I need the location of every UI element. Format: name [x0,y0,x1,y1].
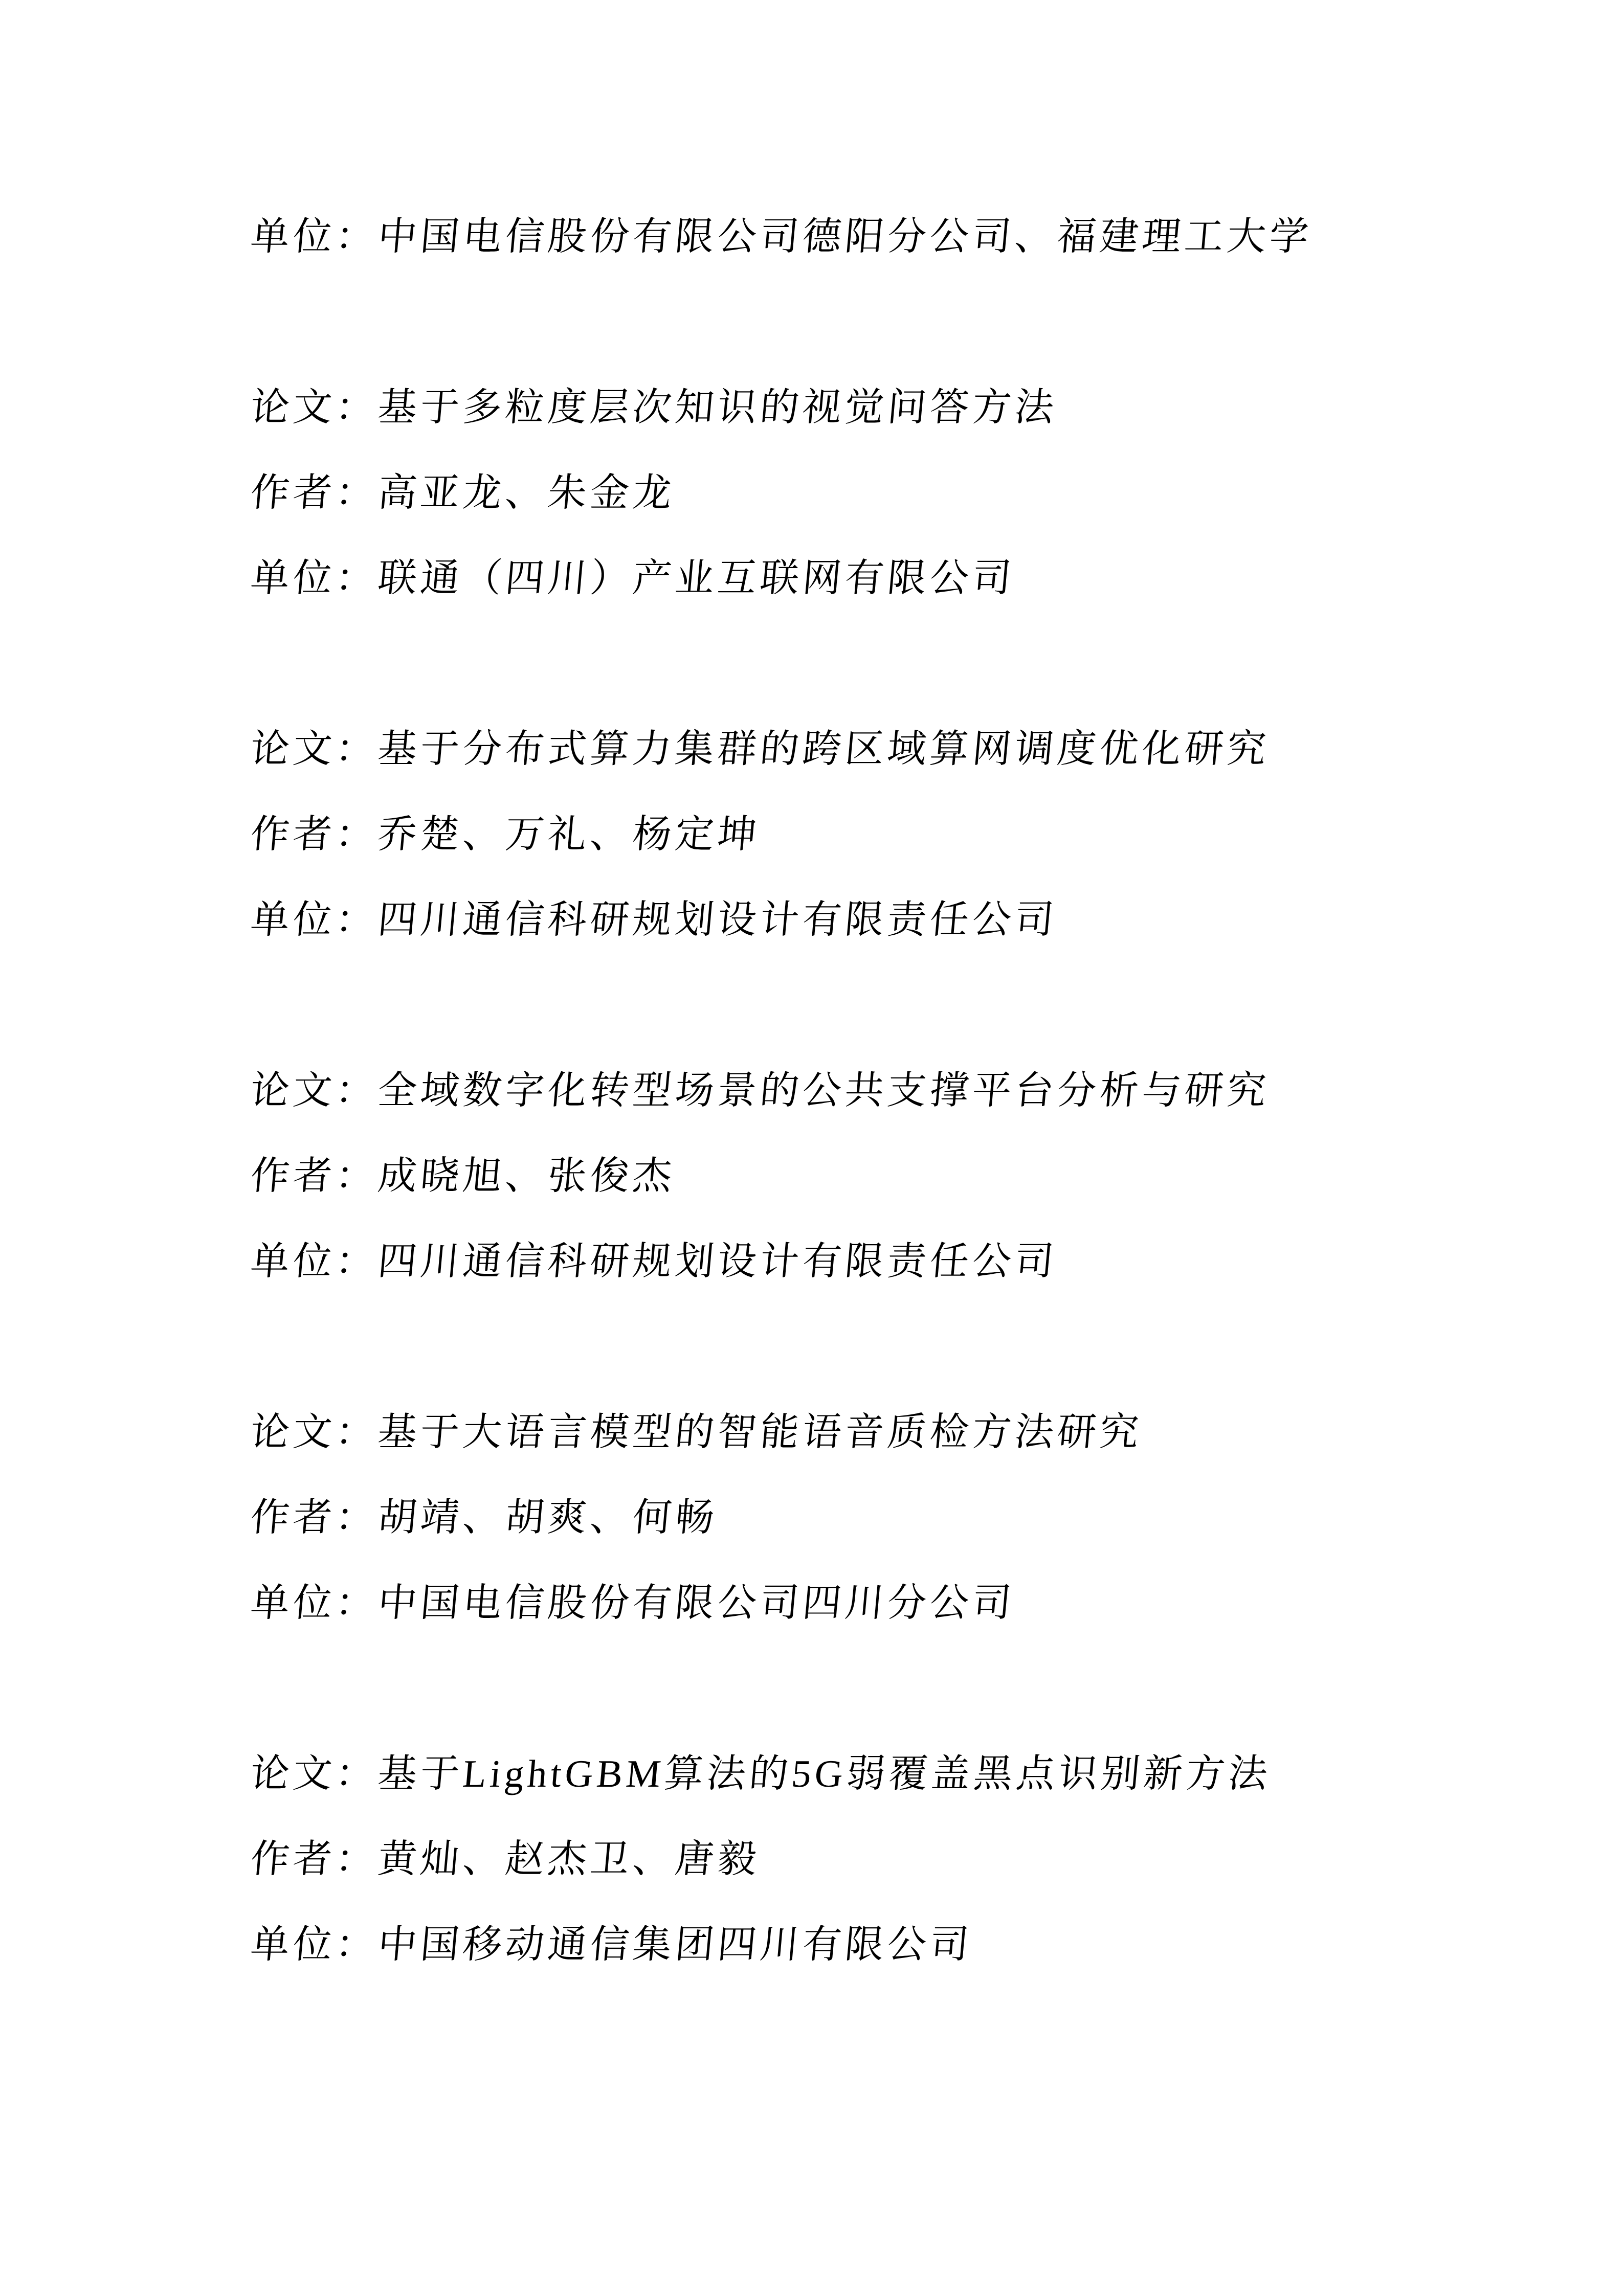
org-line: 单位：联通（四川）产业互联网有限公司 [247,536,1567,621]
paper-title: 基于LightGBM算法的5G弱覆盖黑点识别新方法 [376,1752,1273,1795]
org-value: 四川通信科研规划设计有限责任公司 [376,1240,1059,1283]
org-label: 单位： [249,1240,380,1283]
paper-title-line: 论文：基于分布式算力集群的跨区域算网调度优化研究 [247,707,1567,792]
authors-value: 高亚龙、朱金龙 [376,471,677,514]
blank-line [251,280,1563,365]
blank-line [251,963,1563,1048]
paper-title-line: 论文：基于LightGBM算法的5G弱覆盖黑点识别新方法 [247,1731,1567,1817]
authors-label: 作者： [249,1155,380,1198]
authors-line: 作者：成晓旭、张俊杰 [247,1134,1567,1219]
org-value: 中国电信股份有限公司四川分公司 [376,1582,1016,1625]
paper-title: 基于分布式算力集群的跨区域算网调度优化研究 [376,728,1271,771]
paper-label: 论文： [249,386,380,429]
org-label: 单位： [249,215,380,258]
org-value: 中国电信股份有限公司德阳分公司、福建理工大学 [376,215,1314,258]
authors-label: 作者： [249,813,380,856]
org-value: 四川通信科研规划设计有限责任公司 [376,898,1059,941]
blank-line [251,1646,1563,1731]
org-line: 单位：四川通信科研规划设计有限责任公司 [247,877,1567,963]
org-value: 联通（四川）产业互联网有限公司 [376,557,1016,600]
authors-value: 乔楚、万礼、杨定坤 [376,813,762,856]
paper-title-line: 论文：全域数字化转型场景的公共支撑平台分析与研究 [247,1048,1567,1134]
paper-title-line: 论文：基于大语言模型的智能语音质检方法研究 [247,1390,1567,1475]
org-value: 中国移动通信集团四川有限公司 [376,1923,974,1966]
paper-title: 全域数字化转型场景的公共支撑平台分析与研究 [376,1069,1271,1112]
paper-label: 论文： [249,728,380,771]
org-label: 单位： [249,1923,380,1966]
blank-line [251,1304,1563,1390]
org-line: 单位：四川通信科研规划设计有限责任公司 [247,1219,1567,1304]
authors-value: 胡靖、胡爽、何畅 [376,1496,719,1539]
org-label: 单位： [249,557,380,600]
blank-line [251,621,1563,707]
authors-value: 成晓旭、张俊杰 [376,1155,677,1198]
authors-value: 黄灿、赵杰卫、唐毅 [376,1838,762,1881]
org-line: 单位：中国电信股份有限公司四川分公司 [247,1561,1567,1646]
paper-title: 基于大语言模型的智能语音质检方法研究 [376,1411,1144,1454]
authors-line: 作者：黄灿、赵杰卫、唐毅 [247,1817,1567,1902]
document-page: 单位：中国电信股份有限公司德阳分公司、福建理工大学 论文：基于多粒度层次知识的视… [0,0,1624,2296]
authors-label: 作者： [249,1496,380,1539]
authors-line: 作者：高亚龙、朱金龙 [247,451,1567,536]
authors-label: 作者： [249,1838,380,1881]
paper-label: 论文： [249,1752,380,1795]
org-line: 单位：中国移动通信集团四川有限公司 [247,1902,1567,1988]
paper-label: 论文： [249,1069,380,1112]
continuation-org-line: 单位：中国电信股份有限公司德阳分公司、福建理工大学 [247,194,1567,280]
paper-title-line: 论文：基于多粒度层次知识的视觉问答方法 [247,365,1567,451]
paper-title: 基于多粒度层次知识的视觉问答方法 [376,386,1059,429]
paper-label: 论文： [249,1411,380,1454]
org-label: 单位： [249,898,380,941]
authors-line: 作者：乔楚、万礼、杨定坤 [247,792,1567,877]
authors-line: 作者：胡靖、胡爽、何畅 [247,1475,1567,1561]
org-label: 单位： [249,1582,380,1625]
authors-label: 作者： [249,471,380,514]
